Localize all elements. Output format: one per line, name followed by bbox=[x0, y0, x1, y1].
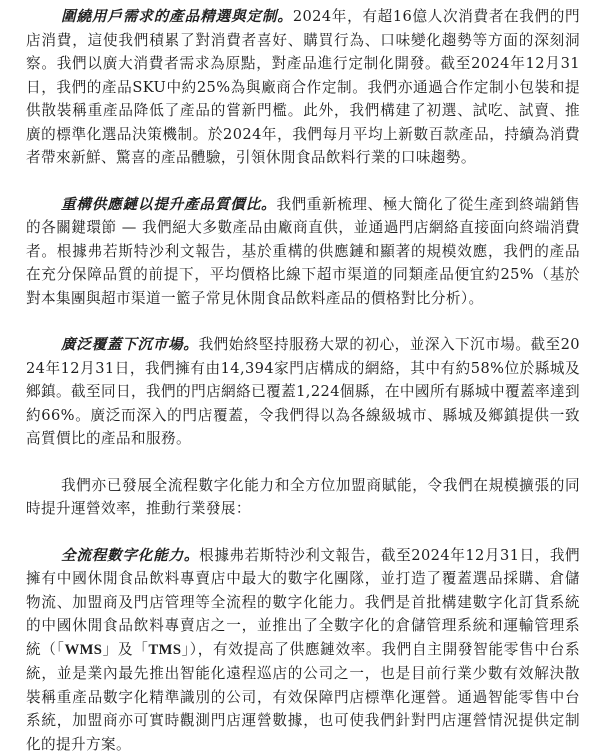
abbr-tms: TMS bbox=[149, 642, 182, 658]
paragraph-heading: 重構供應鏈以提升產品質價比。 bbox=[61, 196, 276, 213]
paragraph-body: 我們亦已發展全流程數字化能力和全方位加盟商賦能，令我們在規模擴張的同時提升運營效… bbox=[26, 477, 580, 518]
paragraph-heading: 廣泛覆蓋下沉市場。 bbox=[61, 336, 199, 353]
paragraph-heading: 全流程數字化能力。 bbox=[61, 547, 199, 564]
paragraph-heading: 圍繞用戶需求的產品精選與定制。 bbox=[61, 8, 293, 25]
paragraph-body: 」及「 bbox=[102, 641, 148, 658]
document-page: 圍繞用戶需求的產品精選與定制。2024年，有超16億人次消費者在我們的門店消費，… bbox=[26, 5, 580, 756]
paragraph-product-customization: 圍繞用戶需求的產品精選與定制。2024年，有超16億人次消費者在我們的門店消費，… bbox=[26, 5, 580, 170]
paragraph-supply-chain: 重構供應鏈以提升產品質價比。我們重新梳理、極大簡化了從生產到終端銷售的各關鍵環節… bbox=[26, 193, 580, 311]
paragraph-lower-tier-market: 廣泛覆蓋下沉市場。我們始終堅持服務大眾的初心，並深入下沉市場。截至2024年12… bbox=[26, 333, 580, 451]
abbr-wms: WMS bbox=[65, 642, 103, 658]
paragraph-body: 2024年，有超16億人次消費者在我們的門店消費，這使我們積累了對消費者喜好、購… bbox=[26, 8, 580, 166]
paragraph-digital-intro: 我們亦已發展全流程數字化能力和全方位加盟商賦能，令我們在規模擴張的同時提升運營效… bbox=[26, 474, 580, 521]
paragraph-full-process-digital: 全流程數字化能力。根據弗若斯特沙利文報告，截至2024年12月31日，我們擁有中… bbox=[26, 544, 580, 756]
